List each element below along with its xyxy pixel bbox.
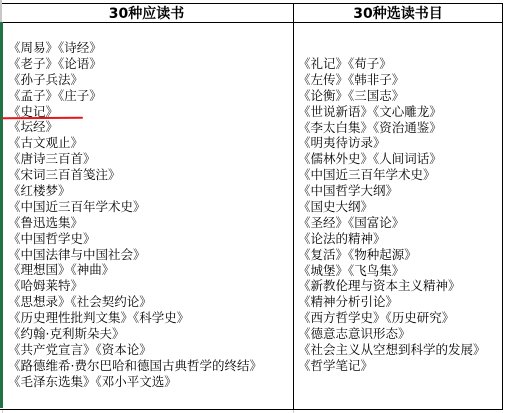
list-item: 《世说新语》《文心雕龙》 <box>298 104 486 120</box>
list-item: 《思想录》《社会契约论》 <box>8 294 262 310</box>
list-item: 《中国法律与中国社会》 <box>8 247 262 263</box>
list-item: 《城堡》《飞鸟集》 <box>298 263 486 279</box>
header-required-books[interactable]: 30种应读书 <box>0 4 293 22</box>
list-item: 《中国近三百年学术史》 <box>8 199 262 215</box>
list-item: 《孙子兵法》 <box>8 72 262 88</box>
right-border <box>502 3 503 410</box>
list-item: 《红楼梦》 <box>8 183 262 199</box>
list-item: 《唐诗三百首》 <box>8 151 262 167</box>
header-optional-books[interactable]: 30种选读书目 <box>294 4 502 22</box>
optional-books-cell[interactable]: 《礼记》《荀子》 《左传》《韩非子》 《论衡》《三国志》 《世说新语》《文心雕龙… <box>298 56 486 374</box>
list-item: 《复活》《物种起源》 <box>298 247 486 263</box>
list-item: 《路德维希·费尔巴哈和德国古典哲学的终结》 <box>8 358 262 374</box>
list-item: 《中国近三百年学术史》 <box>298 167 486 183</box>
list-item: 《毛泽东选集》《邓小平文选》 <box>8 374 262 390</box>
list-item: 《古文观止》 <box>8 135 262 151</box>
list-item: 《新教伦理与资本主义精神》 <box>298 278 486 294</box>
list-item: 《左传》《韩非子》 <box>298 72 486 88</box>
selection-indicator <box>0 22 3 408</box>
list-item: 《历史理性批判文集》《科学史》 <box>8 310 262 326</box>
list-item: 《国史大纲》 <box>298 199 486 215</box>
list-item: 《中国哲学史》 <box>8 231 262 247</box>
list-item: 《德意志意识形态》 <box>298 326 486 342</box>
list-item: 《礼记》《荀子》 <box>298 56 486 72</box>
column-divider <box>293 3 294 410</box>
list-item: 《哈姆莱特》 <box>8 278 262 294</box>
list-item: 《精神分析引论》 <box>298 294 486 310</box>
list-item: 《明夷待访录》 <box>298 135 486 151</box>
list-item: 《周易》《诗经》 <box>8 40 262 56</box>
list-item: 《社会主义从空想到科学的发展》 <box>298 342 486 358</box>
list-item: 《理想国》《神曲》 <box>8 262 262 278</box>
list-item: 《论衡》《三国志》 <box>298 88 486 104</box>
list-item: 《老子》《论语》 <box>8 56 262 72</box>
list-item: 《论法的精神》 <box>298 231 486 247</box>
list-item: 《坛经》 <box>8 119 262 135</box>
list-item: 《孟子》《庄子》 <box>8 88 262 104</box>
list-item: 《鲁迅选集》 <box>8 215 262 231</box>
list-item: 《中国哲学大纲》 <box>298 183 486 199</box>
list-item: 《圣经》《国富论》 <box>298 215 486 231</box>
list-item: 《约翰·克利斯朵夫》 <box>8 326 262 342</box>
bottom-border <box>0 409 503 410</box>
list-item: 《宋词三百首笺注》 <box>8 167 262 183</box>
list-item: 《共产党宣言》《资本论》 <box>8 342 262 358</box>
list-item: 《西方哲学史》《历史研究》 <box>298 310 486 326</box>
list-item: 《儒林外史》《人间词话》 <box>298 151 486 167</box>
list-item: 《哲学笔记》 <box>298 358 486 374</box>
list-item: 《李太白集》《资治通鉴》 <box>298 120 486 136</box>
required-books-cell[interactable]: 《周易》《诗经》 《老子》《论语》 《孙子兵法》 《孟子》《庄子》 《史记》 《… <box>8 40 262 390</box>
